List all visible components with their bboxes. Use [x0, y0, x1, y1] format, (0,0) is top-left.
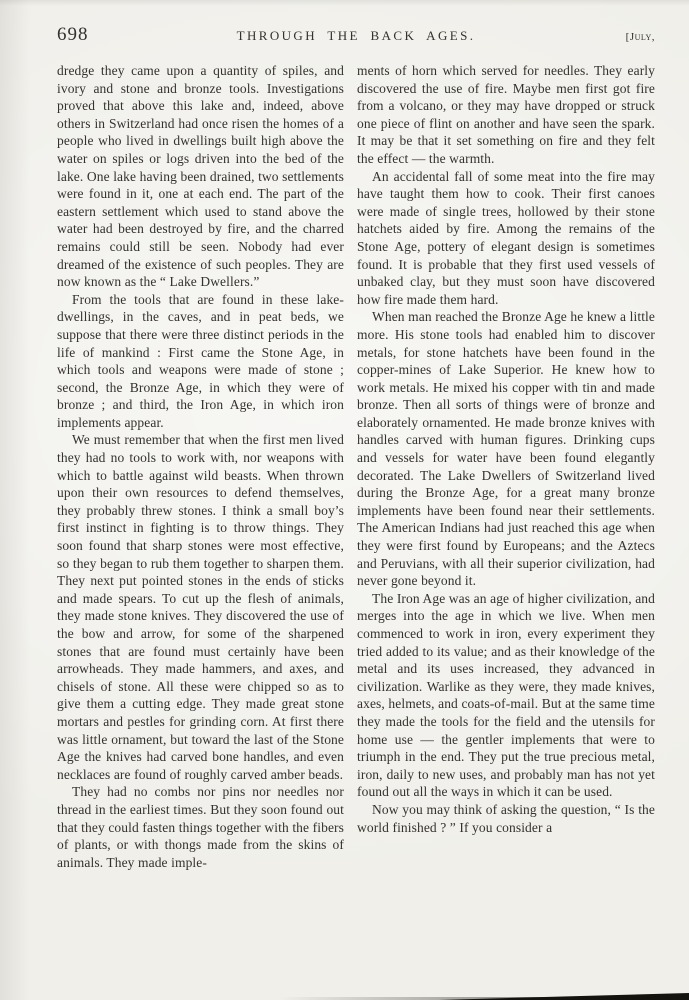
page-number: 698 — [57, 24, 117, 46]
scan-wedge-bottom-right — [439, 992, 689, 1000]
scan-shadow-left — [0, 0, 30, 1000]
paragraph: ments of horn which served for needles. … — [357, 62, 655, 168]
paragraph: Now you may think of asking the question… — [357, 801, 655, 836]
paragraph: dredge they came upon a quantity of spil… — [57, 62, 344, 291]
paragraph: An accidental fall of some meat into the… — [357, 168, 655, 309]
left-column: dredge they came upon a quantity of spil… — [57, 62, 344, 871]
text-columns: dredge they came upon a quantity of spil… — [57, 62, 655, 871]
running-title: THROUGH THE BACK AGES. — [117, 28, 595, 44]
running-header: 698 THROUGH THE BACK AGES. [July, — [57, 0, 655, 46]
issue-date: [July, — [595, 31, 655, 43]
paragraph: When man reached the Bronze Age he knew … — [357, 308, 655, 590]
right-column: ments of horn which served for needles. … — [357, 62, 655, 871]
scanned-book-page: 698 THROUGH THE BACK AGES. [July, dredge… — [0, 0, 689, 1000]
paragraph: We must remember that when the first men… — [57, 431, 344, 783]
paragraph: They had no combs nor pins nor needles n… — [57, 783, 344, 871]
paragraph: From the tools that are found in these l… — [57, 291, 344, 432]
paragraph: The Iron Age was an age of higher civili… — [357, 590, 655, 801]
